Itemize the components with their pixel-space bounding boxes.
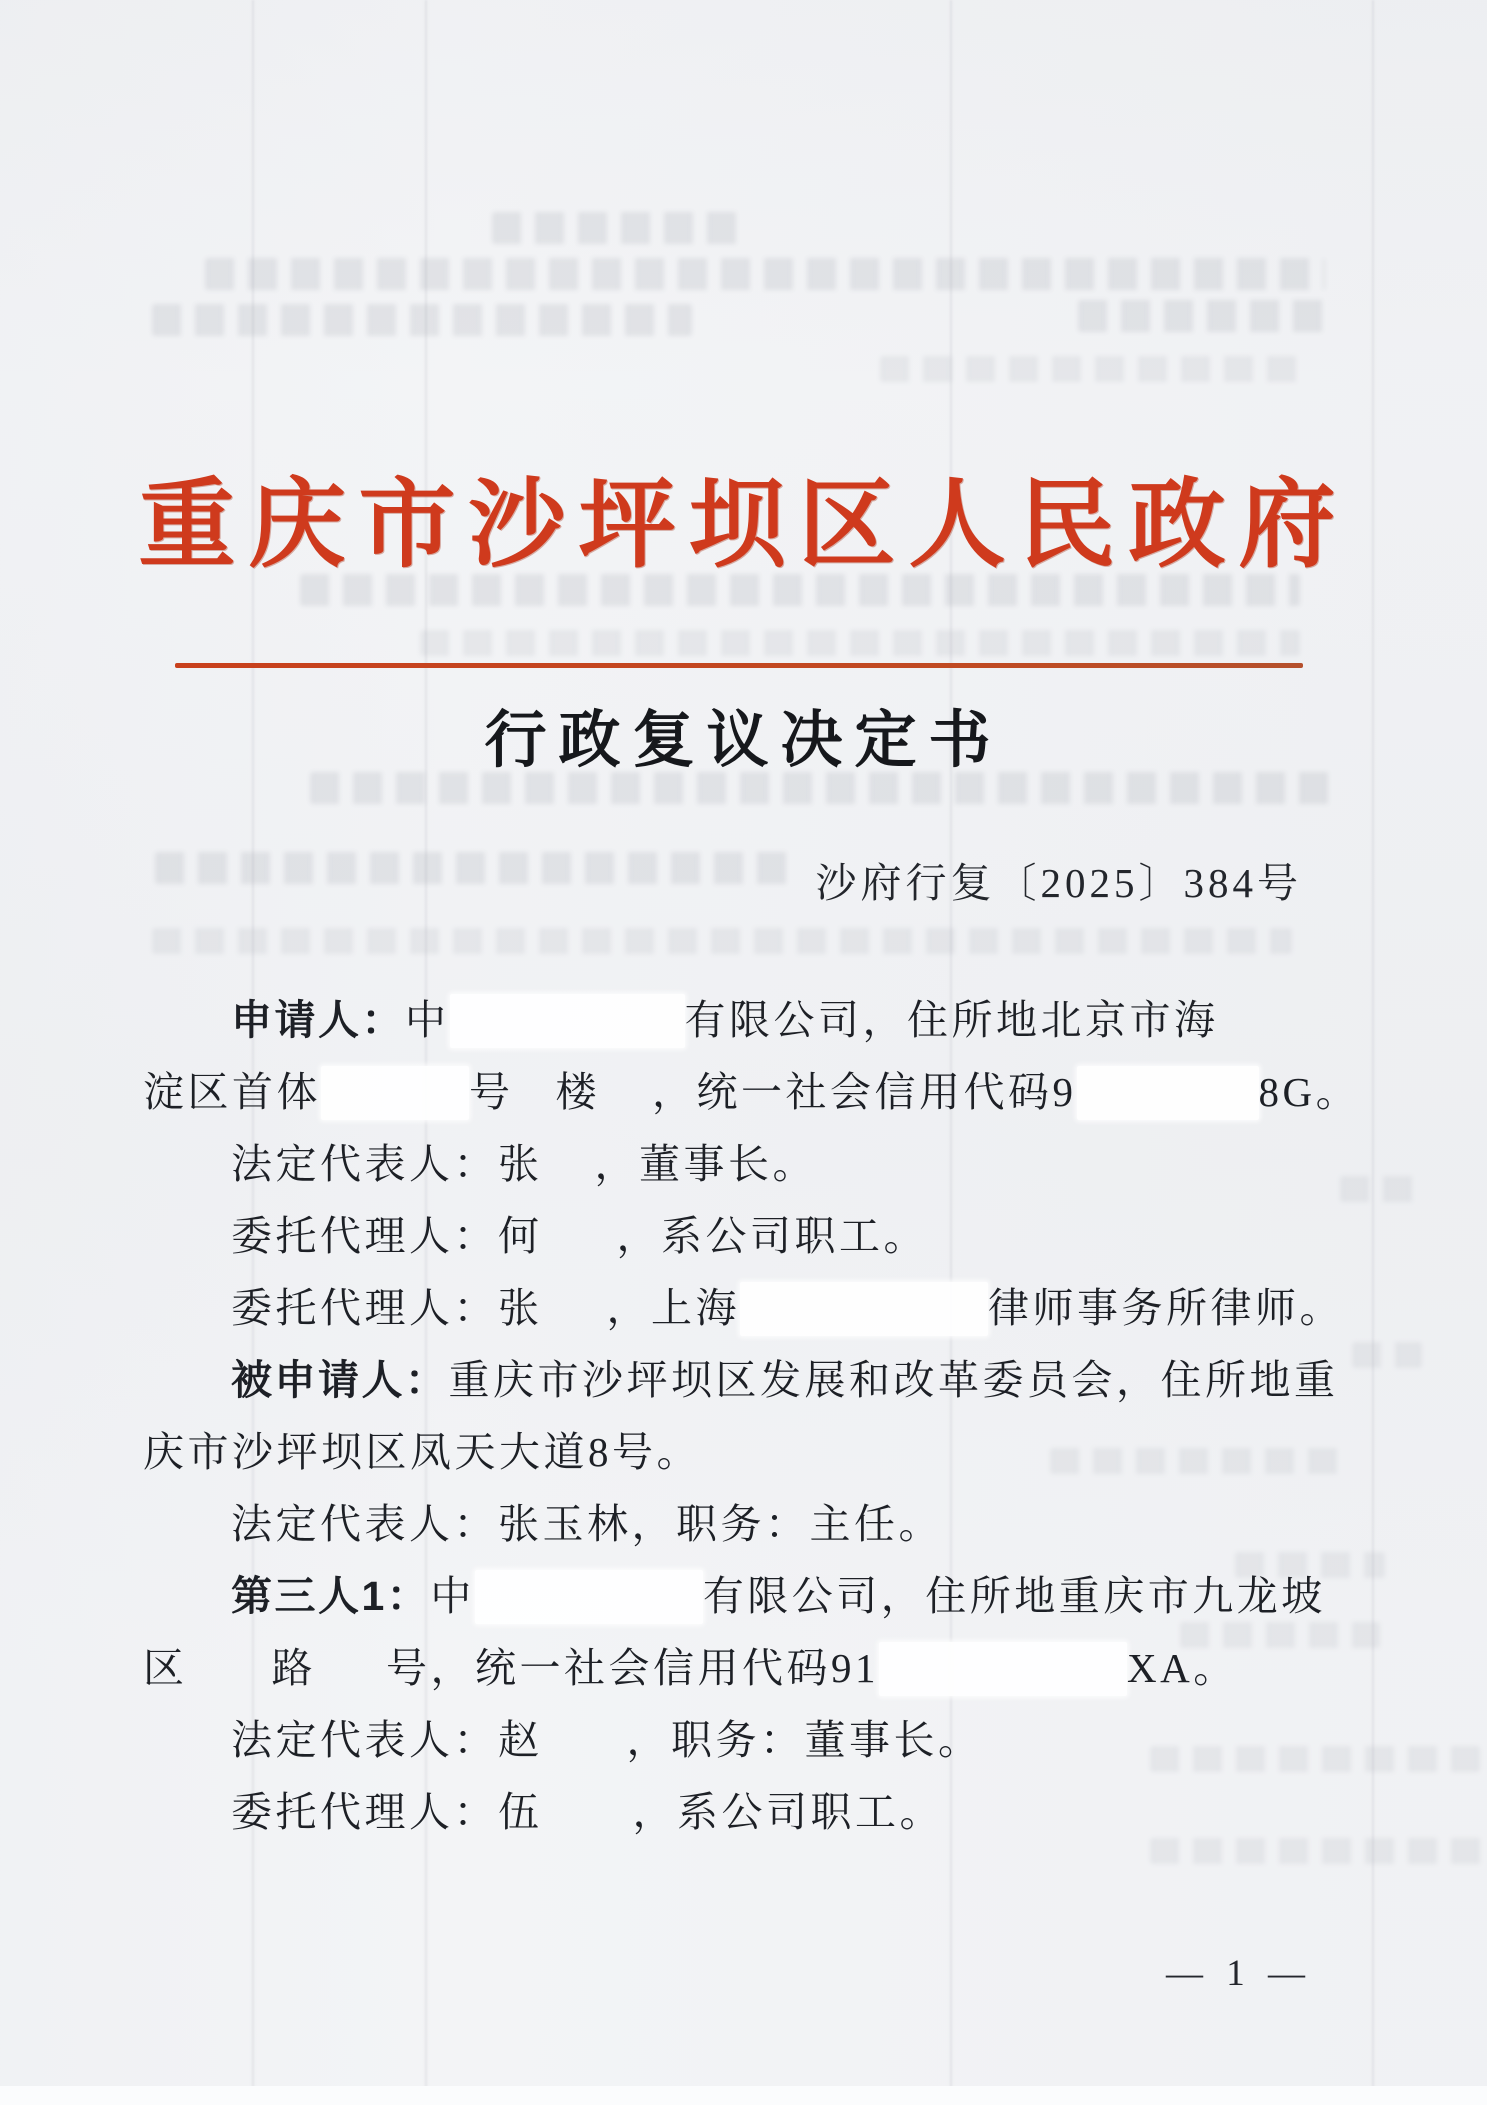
text-segment: 律师事务所律师。: [988, 1285, 1344, 1331]
text-gap: [543, 1744, 627, 1754]
body-line: 法定代表人：赵，职务：董事长。: [143, 1704, 1353, 1776]
text-gap: [316, 1672, 386, 1682]
party-label: 第三人1：: [231, 1573, 430, 1619]
body-line: 区路号，统一社会信用代码91XA。: [143, 1632, 1353, 1704]
document-body: 申请人：中有限公司，住所地北京市海淀区首体号楼，统一社会信用代码98G。法定代表…: [143, 984, 1353, 1848]
body-line: 法定代表人：张，董事长。: [143, 1128, 1353, 1200]
redaction-box: [879, 1642, 1127, 1696]
text-segment: ，职务：董事长。: [627, 1717, 983, 1763]
text-segment: 法定代表人：张: [231, 1141, 543, 1187]
text-segment: 委托代理人：张: [231, 1285, 543, 1331]
fold-line: [1372, 0, 1374, 2105]
party-label: 申请人：: [231, 997, 405, 1043]
text-gap: [543, 1168, 595, 1178]
body-line: 第三人1：中有限公司，住所地重庆市九龙坡: [143, 1560, 1353, 1632]
bleedthrough-text: [1352, 1342, 1422, 1368]
text-gap: [514, 1096, 556, 1106]
body-line: 委托代理人：何，系公司职工。: [143, 1200, 1353, 1272]
redaction-box: [450, 994, 685, 1048]
document-title: 行政复议决定书: [0, 690, 1487, 779]
text-gap: [600, 1096, 652, 1106]
bleedthrough-text: [152, 928, 1292, 954]
text-segment: ，董事长。: [595, 1141, 818, 1187]
red-divider: [175, 663, 1303, 668]
text-segment: 有限公司，住所地重庆市九龙坡: [703, 1573, 1326, 1619]
text-segment: ，统一社会信用代码9: [652, 1069, 1077, 1115]
body-line: 淀区首体号楼，统一社会信用代码98G。: [143, 1056, 1353, 1128]
body-line: 被申请人：重庆市沙坪坝区发展和改革委员会，住所地重: [143, 1344, 1353, 1416]
document-number: 沙府行复〔2025〕384号: [0, 850, 1302, 909]
text-segment: 路: [272, 1645, 317, 1691]
text-segment: 区: [143, 1645, 188, 1691]
text-gap: [543, 1816, 633, 1826]
body-line: 申请人：中有限公司，住所地北京市海: [143, 984, 1353, 1056]
text-segment: 淀区首体: [143, 1069, 321, 1115]
redaction-box: [740, 1282, 988, 1336]
text-segment: 委托代理人：伍: [231, 1789, 543, 1835]
party-label: 被申请人：: [231, 1357, 449, 1403]
bleedthrough-text: [492, 212, 742, 244]
text-segment: 8G。: [1259, 1069, 1361, 1115]
redaction-box: [1077, 1066, 1259, 1120]
text-segment: 中: [405, 997, 450, 1043]
text-segment: ，上海: [607, 1285, 741, 1331]
scan-edge: [0, 2086, 1487, 2105]
page-number: — 1 —: [1166, 1952, 1312, 1995]
bleedthrough-text: [880, 356, 1300, 382]
bleedthrough-text: [205, 258, 1325, 290]
bleedthrough-text: [420, 630, 1300, 656]
body-line: 委托代理人：伍，系公司职工。: [143, 1776, 1353, 1848]
text-segment: 有限公司，住所地北京市海: [685, 997, 1219, 1043]
text-segment: 庆市沙坪坝区凤天大道8号。: [143, 1429, 701, 1475]
text-segment: 楼: [556, 1069, 601, 1115]
text-gap: [543, 1240, 617, 1250]
body-line: 法定代表人：张玉林，职务：主任。: [143, 1488, 1353, 1560]
bleedthrough-text: [152, 304, 692, 336]
text-segment: ，系公司职工。: [633, 1789, 945, 1835]
redaction-box: [475, 1570, 703, 1624]
text-segment: 法定代表人：张玉林，职务：主任。: [231, 1501, 943, 1547]
text-segment: 号: [469, 1069, 514, 1115]
text-segment: 委托代理人：何: [231, 1213, 543, 1259]
redaction-box: [321, 1066, 469, 1120]
scanned-document-page: 重庆市沙坪坝区人民政府 行政复议决定书 沙府行复〔2025〕384号 申请人：中…: [0, 0, 1487, 2105]
text-gap: [543, 1312, 607, 1322]
text-segment: XA。: [1127, 1645, 1238, 1691]
text-segment: 号，统一社会信用代码91: [386, 1645, 879, 1691]
body-line: 委托代理人：张，上海律师事务所律师。: [143, 1272, 1353, 1344]
issuer-title: 重庆市沙坪坝区人民政府: [0, 446, 1487, 586]
text-segment: 重庆市沙坪坝区发展和改革委员会，住所地重: [449, 1357, 1339, 1403]
bleedthrough-text: [1078, 300, 1330, 332]
text-segment: ，系公司职工。: [617, 1213, 929, 1259]
text-segment: 法定代表人：赵: [231, 1717, 543, 1763]
text-segment: 中: [430, 1573, 475, 1619]
text-gap: [188, 1672, 272, 1682]
body-line: 庆市沙坪坝区凤天大道8号。: [143, 1416, 1353, 1488]
